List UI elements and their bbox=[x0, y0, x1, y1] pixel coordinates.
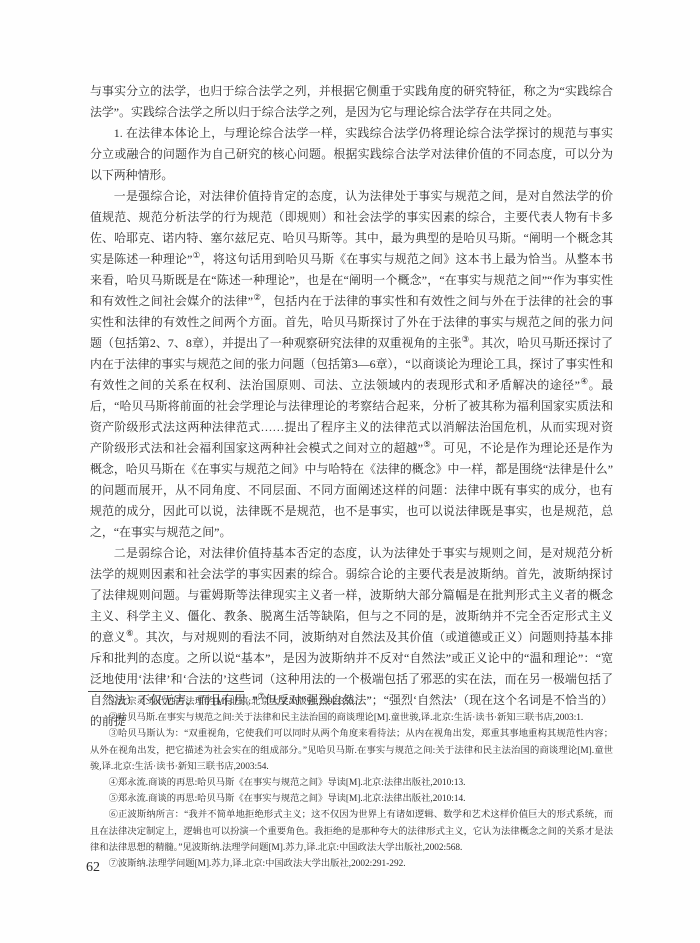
paragraph-strong-synthesis: 一是强综合论，对法律价值持肯定的态度，认为法律处于事实与规范之间，是对自然法学的… bbox=[90, 186, 613, 543]
footnote-6: ⑥正波斯纳所言：“我并不简单地拒绝形式主义；这不仅因为世界上有诸如逻辑、数学和艺… bbox=[90, 807, 613, 856]
book-page: 与事实分立的法学，也归于综合法学之列，并根据它侧重于实践角度的研究特征，称之为“… bbox=[0, 0, 700, 943]
footnote-3: ③哈贝马斯认为：“双重视角，它使我们可以同时从两个角度来看待法；从内在视角出发，… bbox=[90, 726, 613, 775]
body-text: 与事实分立的法学，也归于综合法学之列，并根据它侧重于实践角度的研究特征，称之为“… bbox=[90, 81, 613, 732]
footnotes-block: ①沈宗灵.现代西方法理学[M].北京:北京大学出版社,1992:350. ②哈贝… bbox=[90, 694, 613, 872]
footnote-5: ⑤郑永流.商谈的再思:哈贝马斯《在事实与规范之间》导读[M].北京:法律出版社,… bbox=[90, 791, 613, 807]
footnote-2: ②哈贝马斯.在事实与规范之间:关于法律和民主法治国的商谈理论[M].童世骏,译.… bbox=[90, 710, 613, 726]
footnote-4: ④郑永流.商谈的再思:哈贝马斯《在事实与规范之间》导读[M].北京:法律出版社,… bbox=[90, 775, 613, 791]
footnote-1: ①沈宗灵.现代西方法理学[M].北京:北京大学出版社,1992:350. bbox=[90, 694, 613, 710]
footnote-7: ⑦波斯纳.法理学问题[M].苏力,译.北京:中国政法大学出版社,2002:291… bbox=[90, 856, 613, 872]
paragraph-continuation: 与事实分立的法学，也归于综合法学之列，并根据它侧重于实践角度的研究特征，称之为“… bbox=[90, 81, 613, 123]
footnote-separator-rule bbox=[88, 691, 244, 692]
page-number: 62 bbox=[86, 860, 100, 876]
paragraph-ontology-intro: 1. 在法律本体论上，与理论综合法学一样，实践综合法学仍将理论综合法学探讨的规范… bbox=[90, 123, 613, 186]
